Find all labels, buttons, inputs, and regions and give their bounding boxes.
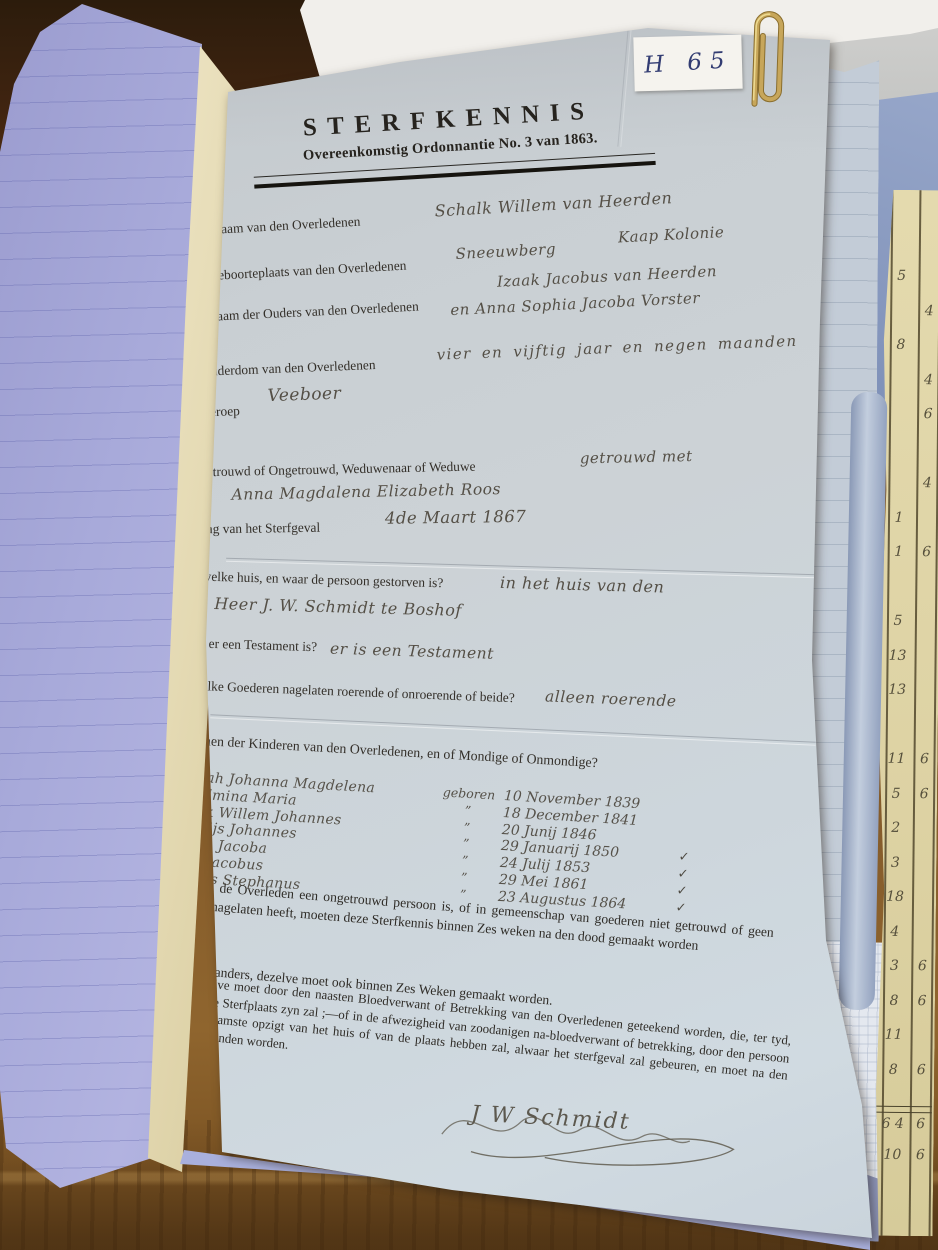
born-label: geboren [434,784,505,803]
check-mark: ✓ [676,882,697,899]
item-label: Naam van den Overledenen [211,214,361,237]
item-label: In welke huis, en waar de persoon gestor… [187,568,444,590]
form-item-6: 6.Getrouwd of Ongetrouwd, Weduwenaar of … [183,451,823,480]
handwritten-answer: Veeboer [267,384,341,407]
born-label: ” [433,801,504,820]
form-item-5: 5.Beroep Veeboer [187,391,587,421]
item-label: Dag van het Sterfgeval [197,520,320,537]
archival-label: H 65 [633,35,742,92]
sterfkennis-document: STERFKENNIS Overeenkomstig Ordonnantie N… [0,0,938,1250]
signature: J W Schmidt [426,1087,760,1182]
handwritten-answer: alleen roerende [545,687,677,710]
check-mark [679,844,699,845]
item-number: 10. [169,677,186,693]
item-number: 11. [163,731,181,747]
handwritten-answer: Heer J. W. Schmidt te Boshof [214,594,462,620]
item-label: Welke Goederen nagelaten roerende of onr… [190,678,515,705]
check-mark: ✓ [677,866,698,883]
handwritten-answer: getrouwd met [580,447,693,467]
born-label: ” [432,817,503,836]
handwritten-answer: vier en vijftig jaar en negen maanden [436,332,797,364]
item-label: Beroep [201,403,240,419]
handwritten-answer: Sneeuwberg [455,240,556,263]
archival-label-text: H 65 [643,47,733,78]
check-mark [681,811,701,812]
item-number: 3. [193,309,204,324]
form-item-7: 7.Dag van het Sterfgeval 4de Maart 1867 [183,514,703,537]
item-label: Geboorteplaats van den Overledenen [208,258,407,283]
footnote-marker: *** [161,974,182,988]
check-mark [680,827,700,828]
handwritten-answer: 4de Maart 1867 [385,507,527,528]
handwritten-answer: in het huis van den [500,573,665,597]
handwritten-answer: Schalk Willem van Heerden [434,188,673,220]
item-label: Of er een Testament is? [191,635,317,654]
form-item-10: 10.Welke Goederen nagelaten roerende of … [169,677,849,719]
form-header: STERFKENNIS Overeenkomstig Ordonnantie N… [250,94,650,188]
form-item-9: 9.Of er een Testament is? er is een Test… [177,635,697,667]
handwritten-answer: Anna Magdalena Elizabeth Roos [231,480,501,504]
check-mark: ✓ [675,899,696,916]
item-label: Getrouwd of Ongetrouwd, Weduwenaar of We… [197,459,476,480]
item-number: 6. [183,464,193,479]
item-number: 5. [187,405,198,420]
handwritten-answer: Kaap Kolonie [617,223,724,247]
document-paper: STERFKENNIS Overeenkomstig Ordonnantie N… [0,0,938,1250]
photograph-of-death-notice-document: { "label_card": { "text": "H 65" }, "for… [0,0,938,1250]
handwritten-answer: en Anna Sophia Jacoba Vorster [450,289,700,319]
item-number: 8. [173,568,183,583]
item-number: 4. [187,364,198,379]
item-label: Ouderdom van den Overledenen [201,357,376,379]
item-number: 9. [177,635,188,650]
born-label: ” [431,834,502,853]
item-number: 1. [197,222,208,238]
check-mark: ✓ [678,849,699,866]
item-number: 2. [194,268,205,284]
item-label: Naam der Ouders van den Overledenen [207,299,419,324]
item-label: Namen der Kinderen van den Overledenen, … [184,732,598,770]
handwritten-answer: er is een Testament [330,640,494,663]
form-item-4: 4.Ouderdom van den Overledenen vier en v… [187,340,827,381]
form-item-3: 3.Naam der Ouders van den Overledenen Iz… [193,278,833,325]
born-label: ” [430,851,501,870]
born-label: ” [429,868,500,887]
item-number: 7. [183,521,193,536]
paperclip [738,0,790,123]
